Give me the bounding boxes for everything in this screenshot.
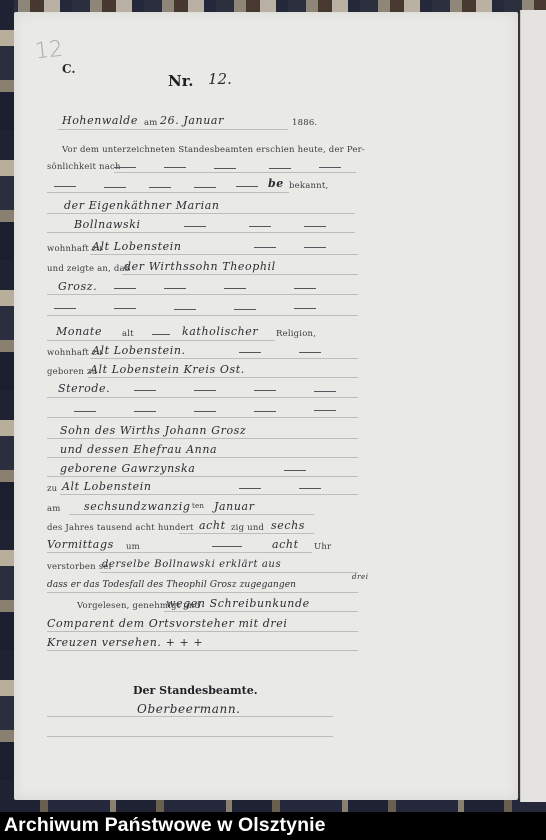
filler-dash <box>254 411 276 412</box>
filler-dash <box>194 187 216 188</box>
filler-dash <box>254 390 276 391</box>
filler-dash <box>134 411 156 412</box>
filler-dash <box>152 334 170 335</box>
book-binding-bottom <box>0 798 546 812</box>
year-label: des Jahres tausend acht hundert <box>47 521 194 535</box>
filler-dash <box>319 167 341 168</box>
year-value-1: acht <box>199 519 226 533</box>
adjacent-page-edge <box>520 10 546 802</box>
informant-line-1: der Eigenkäthner Marian <box>64 199 220 213</box>
informant-line-2: Bollnawski <box>74 218 141 232</box>
filler-dash <box>164 167 186 168</box>
filler-dash <box>114 167 136 168</box>
filler-dash <box>234 309 256 310</box>
read-line-2: Comparent dem Ortsvorsteher mit drei <box>47 617 287 631</box>
official-signature: Oberbeermann. <box>137 702 241 716</box>
filler-dash <box>212 546 242 547</box>
parents-line-3: geborene Gawrzynska <box>60 462 195 476</box>
signature-rule <box>47 716 333 717</box>
read-superscript: drei <box>352 570 369 584</box>
archive-caption-bar: Archiwum Państwowe w Olsztynie <box>0 812 546 840</box>
filler-dash <box>239 352 261 353</box>
deceased-line-1: der Wirthssohn Theophil <box>124 260 276 274</box>
filler-dash <box>299 352 321 353</box>
filler-dash <box>314 391 336 392</box>
known-suffix: bekannt, <box>289 179 328 193</box>
filler-dash <box>269 168 291 169</box>
archive-caption: Archiwum Państwowe w Olsztynie <box>4 814 326 837</box>
rule <box>47 192 289 193</box>
parents-line-2: und dessen Ehefrau Anna <box>60 443 217 457</box>
filler-dash <box>184 226 206 227</box>
age-label: alt <box>122 327 134 341</box>
filler-dash <box>314 410 336 411</box>
filler-dash <box>54 186 76 187</box>
year-printed: 1886. <box>292 116 317 130</box>
filler-dash <box>284 470 306 471</box>
time-value-1: Vormittags <box>47 538 114 552</box>
rule <box>47 650 358 651</box>
scanned-register-page: 12 C. Nr. 12. Hohenwalde am 26. Januar 1… <box>0 0 546 812</box>
rule <box>122 274 358 275</box>
filler-dash <box>249 226 271 227</box>
rule <box>47 232 355 233</box>
known-prefix-handwritten: be <box>268 177 284 191</box>
date-handwritten: 26. Januar <box>160 114 224 128</box>
form-letter: C. <box>62 62 76 76</box>
rule <box>47 631 358 632</box>
religion-label: Religion, <box>276 327 316 341</box>
rule <box>164 611 358 612</box>
filler-dash <box>174 309 196 310</box>
rule <box>47 457 358 458</box>
read-line-3: Kreuzen versehen. + + + <box>47 636 203 650</box>
filler-dash <box>304 247 326 248</box>
death-place: Alt Lobenstein <box>62 480 152 494</box>
born-line-2: Sterode. <box>58 382 110 396</box>
pencil-page-number: 12 <box>34 37 64 65</box>
deceased-residence: Alt Lobenstein. <box>92 344 186 358</box>
record-number-label: Nr. <box>168 72 193 90</box>
parents-line-1: Sohn des Wirths Johann Grosz <box>60 424 246 438</box>
filler-dash <box>114 288 136 289</box>
filler-dash <box>294 288 316 289</box>
rule <box>47 340 275 341</box>
announce-label: und zeigte an, daß <box>47 262 131 276</box>
rule <box>47 417 358 418</box>
book-binding-left <box>0 0 14 812</box>
died-line-2: dass er das Todesfall des Theophil Grosz… <box>47 578 296 592</box>
rule <box>179 533 314 534</box>
filler-dash <box>239 488 261 489</box>
died-line-1: derselbe Bollnawski erklärt aus <box>102 558 281 572</box>
filler-dash <box>134 390 156 391</box>
official-label: Der Standesbeamte. <box>133 684 258 697</box>
religion-value: katholischer <box>182 325 258 339</box>
place-handwritten: Hohenwalde <box>62 114 138 128</box>
death-certificate-page: 12 C. Nr. 12. Hohenwalde am 26. Januar 1… <box>14 12 518 800</box>
rule <box>47 552 312 553</box>
filler-dash <box>294 308 316 309</box>
filler-dash <box>104 187 126 188</box>
filler-dash <box>214 168 236 169</box>
filler-dash <box>304 226 326 227</box>
rule <box>88 377 358 378</box>
rule <box>90 254 358 255</box>
deceased-line-2: Grosz. <box>58 280 97 294</box>
filler-dash <box>224 288 246 289</box>
rule <box>47 397 358 398</box>
filler-dash <box>236 186 258 187</box>
filler-dash <box>194 390 216 391</box>
intro-line-1: Vor dem unterzeichneten Standesbeamten e… <box>62 143 365 157</box>
rule <box>90 358 358 359</box>
rule <box>47 592 358 593</box>
record-number-value: 12. <box>208 70 232 88</box>
year-value-2: sechs <box>271 519 305 533</box>
born-line-1: Alt Lobenstein Kreis Ost. <box>90 363 245 377</box>
intro-line-2: sönlichkeit nach <box>47 160 121 174</box>
informant-residence: Alt Lobenstein <box>92 240 182 254</box>
rule <box>47 476 358 477</box>
death-day-label: am <box>47 502 61 516</box>
death-day: sechsundzwanzig <box>84 500 190 514</box>
death-place-label: zu <box>47 482 57 496</box>
filler-dash <box>114 308 136 309</box>
rule <box>47 438 358 439</box>
filler-dash <box>74 411 96 412</box>
filler-dash <box>149 187 171 188</box>
signature-rule <box>47 736 333 737</box>
filler-dash <box>164 288 186 289</box>
rule <box>47 294 358 295</box>
filler-dash <box>254 247 276 248</box>
rule <box>47 315 358 316</box>
rule <box>47 213 355 214</box>
read-line-1: wegen Schreibunkunde <box>166 597 310 611</box>
time-value-2: acht <box>272 538 299 552</box>
filler-dash <box>54 308 76 309</box>
rule <box>100 572 358 573</box>
rule <box>60 494 358 495</box>
filler-dash <box>194 411 216 412</box>
time-suffix: Uhr <box>314 540 331 554</box>
death-month: Januar <box>214 500 255 514</box>
am-label: am <box>144 116 158 130</box>
age-value: Monate <box>56 325 102 339</box>
rule <box>114 172 356 173</box>
rule <box>69 514 314 515</box>
death-day-suffix: ten <box>192 499 204 513</box>
filler-dash <box>299 488 321 489</box>
rule <box>58 129 288 130</box>
